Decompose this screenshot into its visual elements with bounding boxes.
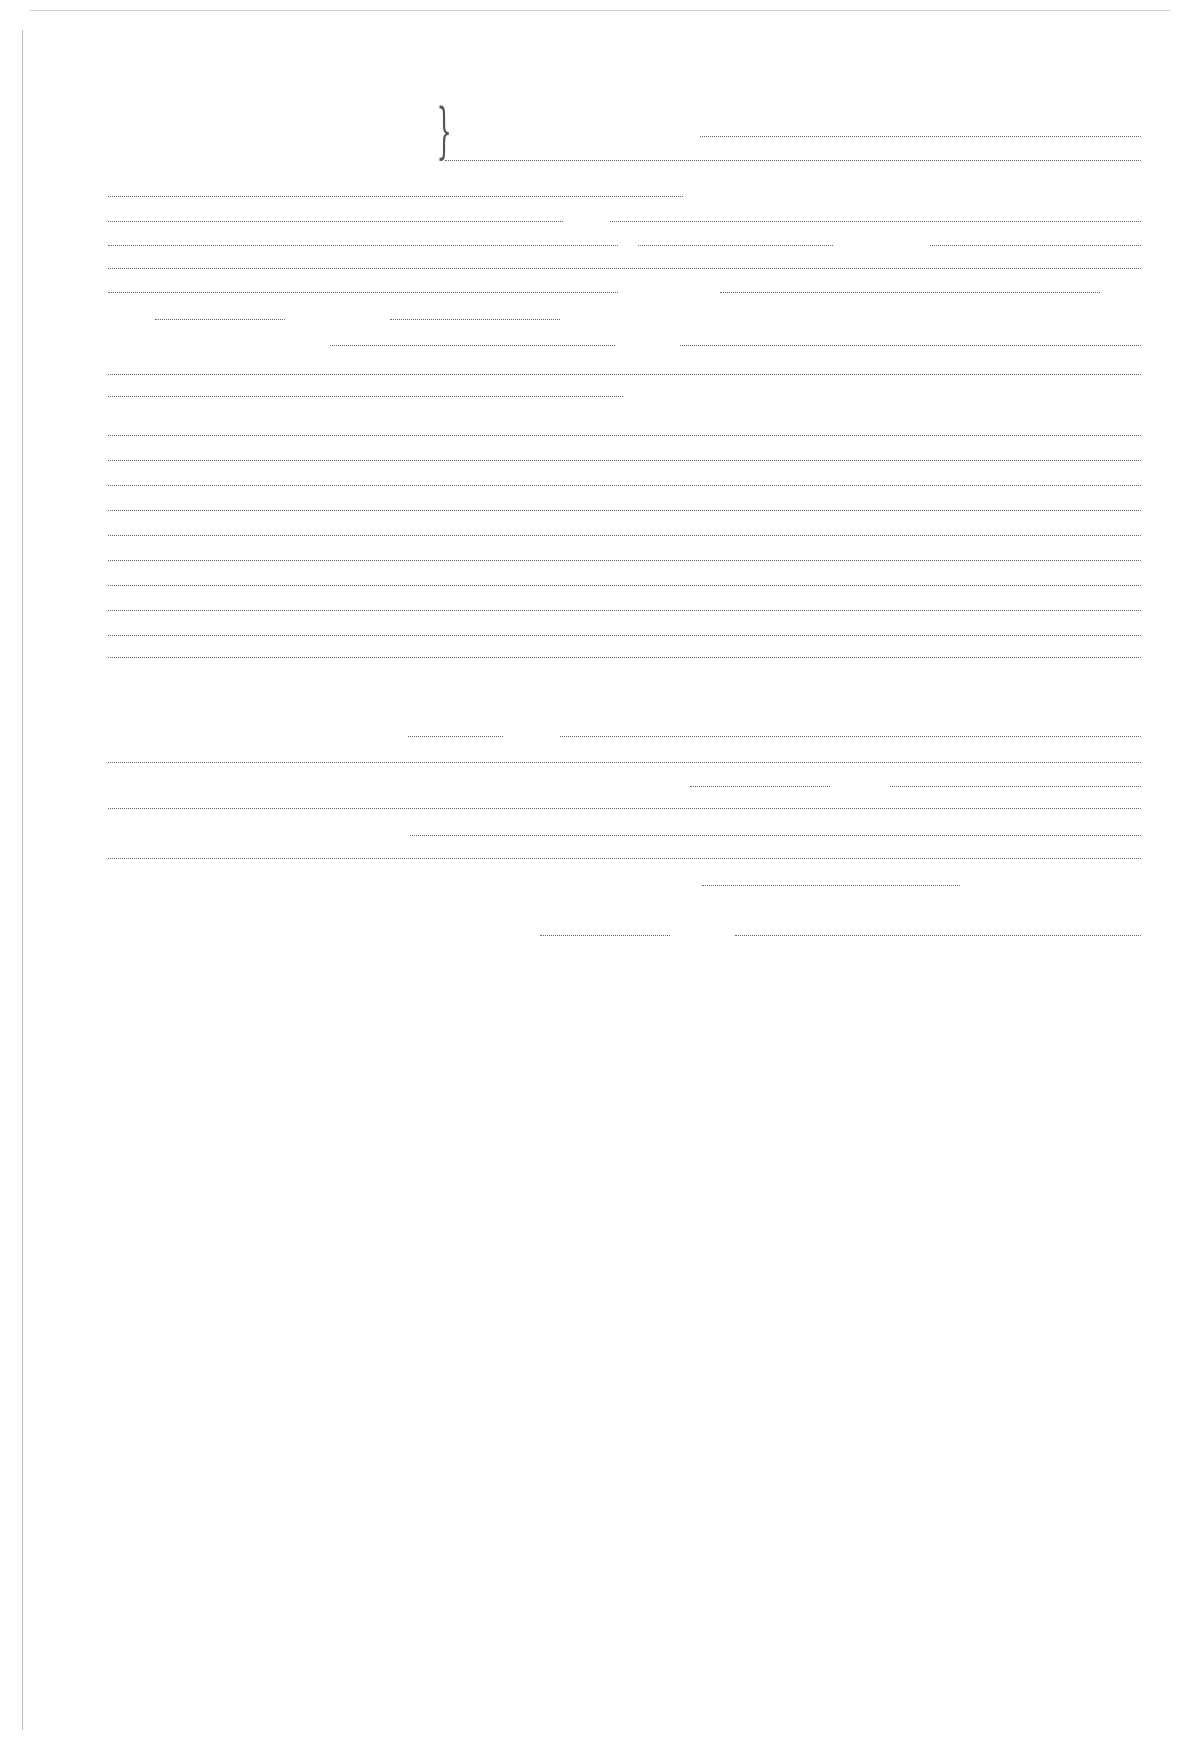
blank-line (930, 245, 1141, 246)
blank-line (108, 560, 1141, 561)
page-edge-left (22, 30, 23, 1730)
blank-line (108, 485, 1141, 486)
blank-line (108, 585, 1141, 586)
blank-line (108, 396, 623, 397)
blank-line (638, 245, 833, 246)
blank-line (108, 510, 1141, 511)
blank-line (408, 736, 503, 737)
blank-line (108, 460, 1141, 461)
blank-line (690, 786, 830, 787)
blank-line (702, 885, 960, 886)
blank-line (445, 160, 1141, 161)
blank-line (108, 535, 1141, 536)
deed-page: } (0, 0, 1200, 1745)
blank-line (108, 374, 1141, 375)
blank-line (890, 786, 1141, 787)
blank-line (108, 858, 1141, 859)
blank-line (108, 762, 1141, 763)
blank-line (410, 835, 1141, 836)
blank-line (108, 808, 1141, 809)
blank-line (720, 292, 1100, 293)
blank-line (108, 292, 618, 293)
blank-line (700, 136, 1141, 137)
blank-line (108, 196, 683, 197)
blank-line (560, 736, 1141, 737)
blank-line (108, 268, 1141, 269)
blank-line (108, 657, 1141, 658)
blank-line (540, 935, 670, 936)
blank-line (108, 221, 563, 222)
blank-line (108, 610, 1141, 611)
blank-line (680, 345, 1141, 346)
brace-icon: } (436, 96, 451, 166)
blank-line (108, 435, 1141, 436)
blank-line (108, 635, 1141, 636)
blank-line (330, 345, 615, 346)
blank-line (108, 245, 618, 246)
page-edge-top (30, 10, 1170, 11)
blank-line (155, 319, 285, 320)
blank-line (735, 935, 1141, 936)
blank-line (610, 221, 1141, 222)
blank-line (390, 319, 560, 320)
